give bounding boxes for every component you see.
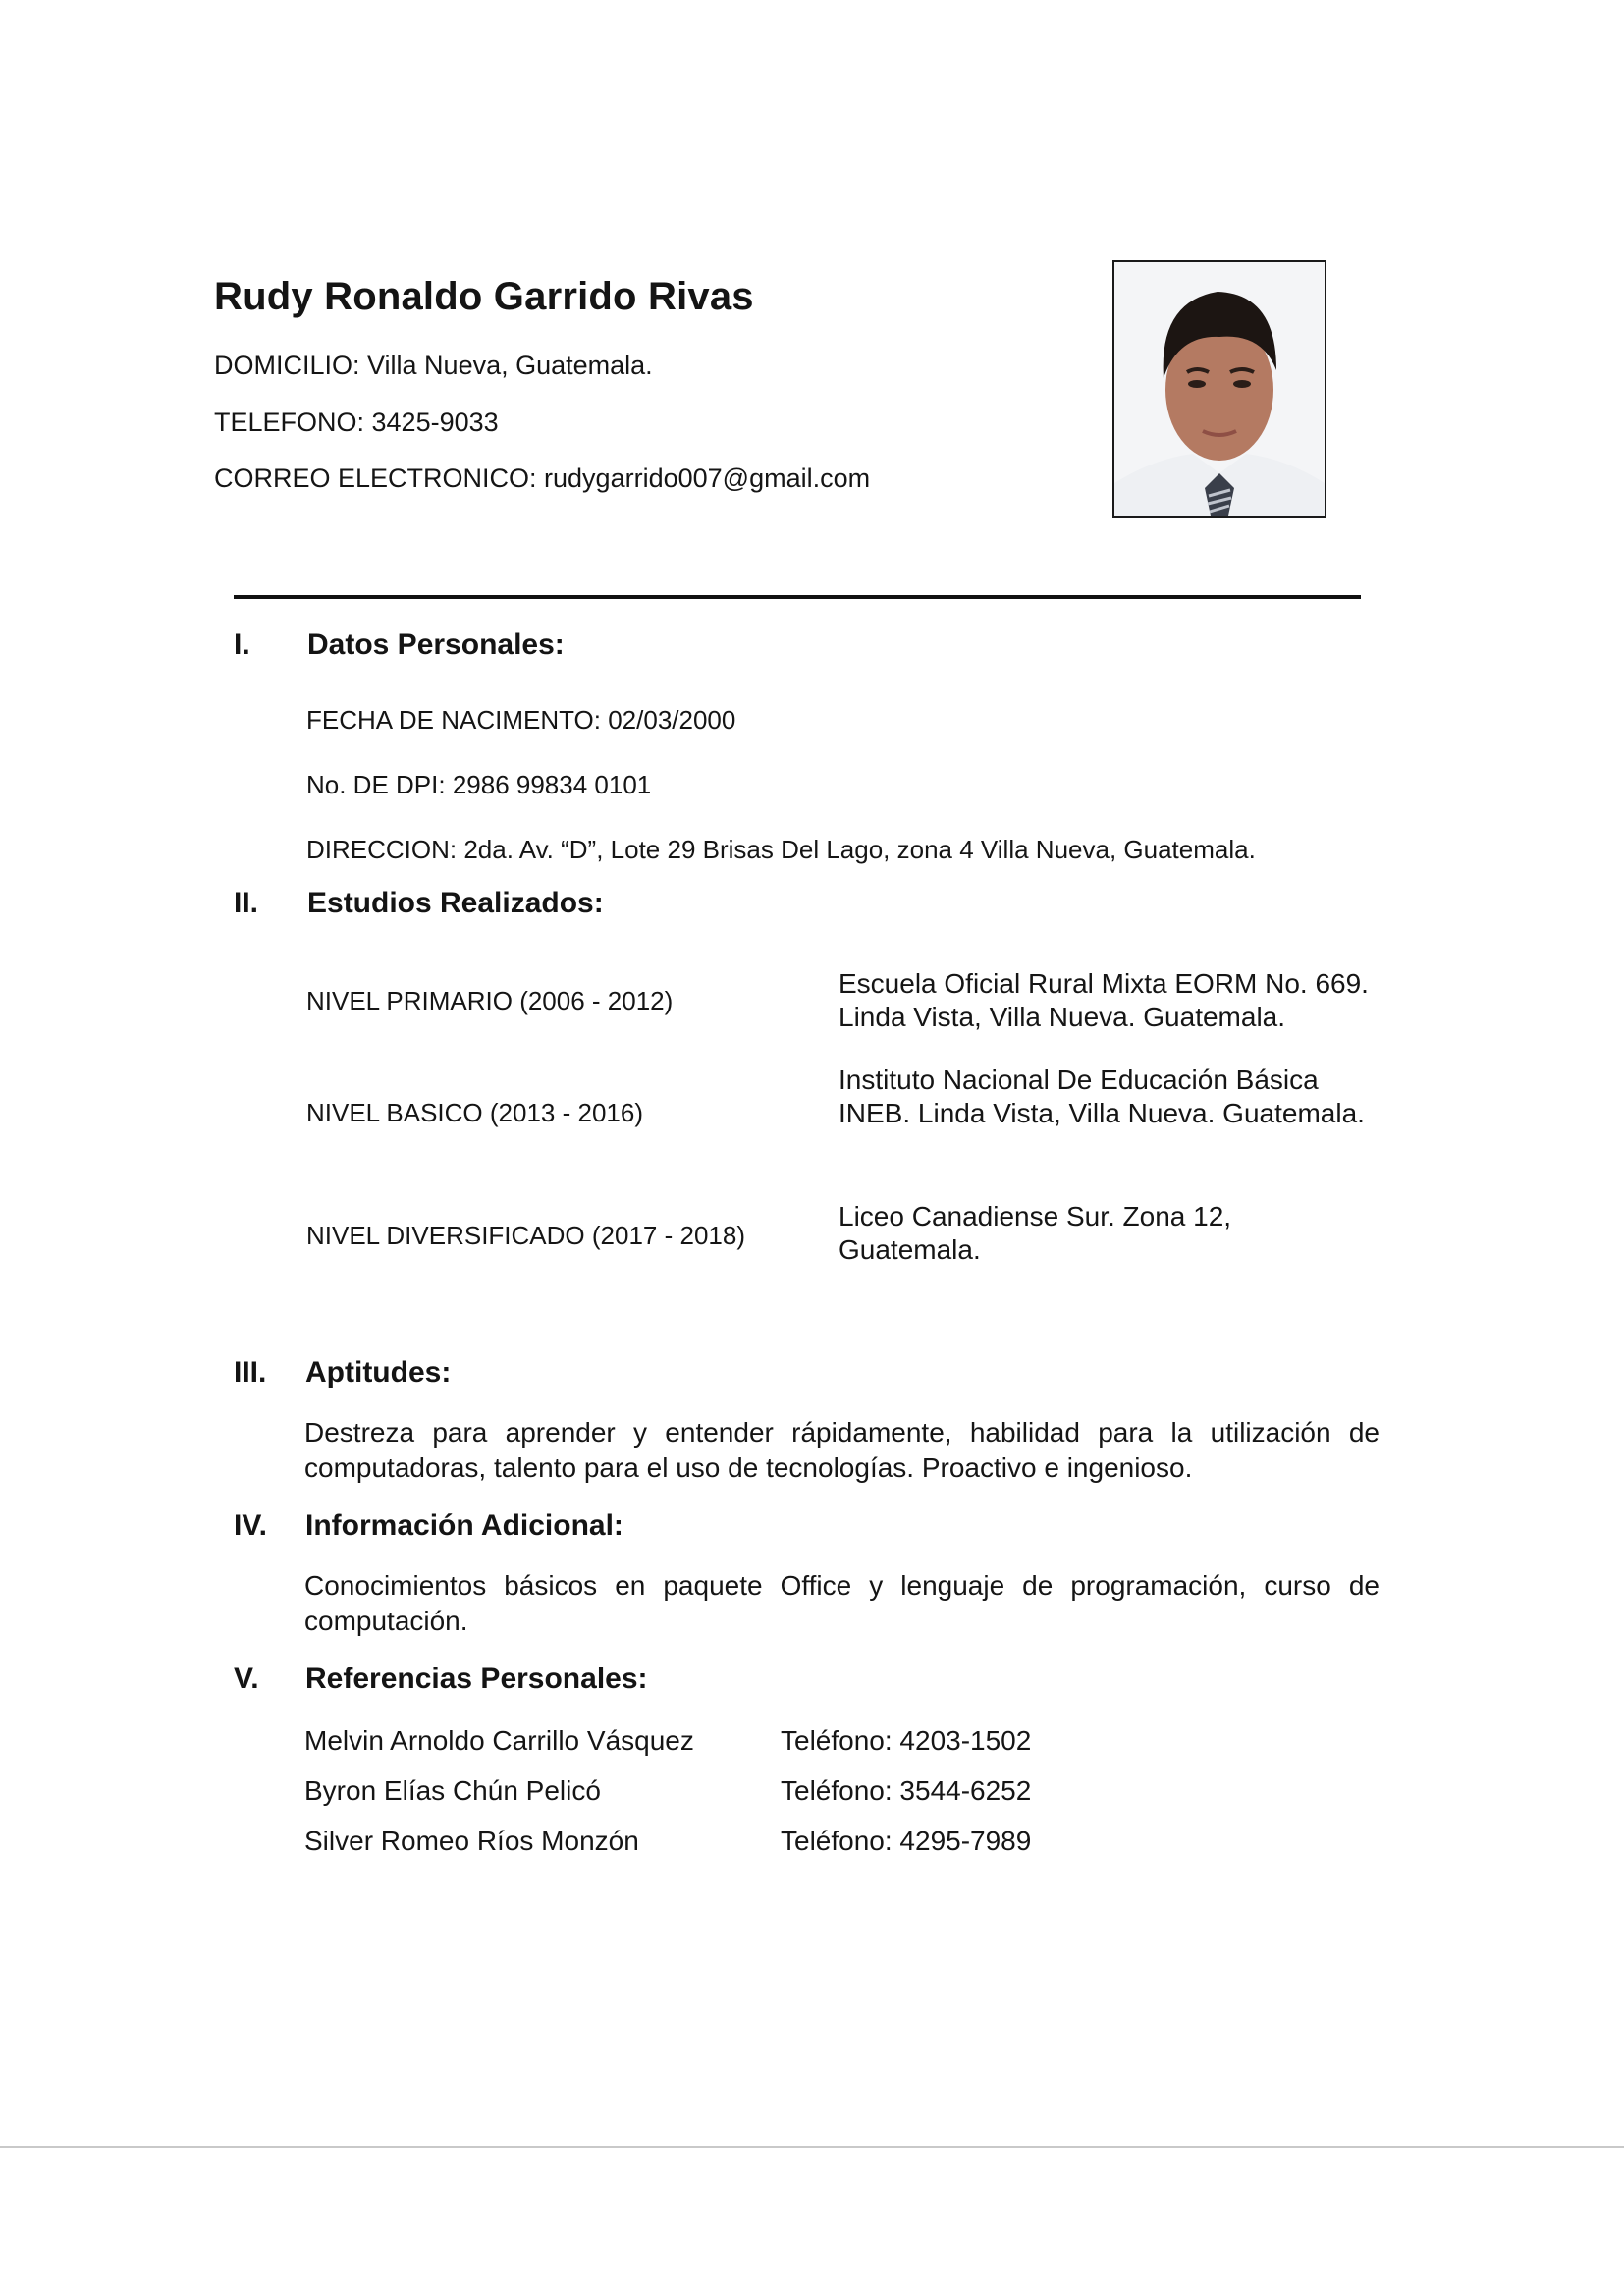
reference-name: Silver Romeo Ríos Monzón (304, 1826, 639, 1857)
header-divider (234, 595, 1361, 599)
aptitudes-text: Destreza para aprender y entender rápida… (304, 1415, 1380, 1486)
education-level: NIVEL PRIMARIO (2006 - 2012) (306, 986, 673, 1016)
address-field: DIRECCION: 2da. Av. “D”, Lote 29 Brisas … (306, 835, 1256, 865)
education-institution: Escuela Oficial Rural Mixta EORM No. 669… (839, 967, 1388, 1034)
section-title-datos-personales: Datos Personales: (307, 629, 565, 662)
email-line: CORREO ELECTRONICO: rudygarrido007@gmail… (214, 464, 870, 494)
scan-edge-line (0, 2146, 1624, 2148)
section-number: V. (234, 1663, 259, 1696)
education-institution: Liceo Canadiense Sur. Zona 12, Guatemala… (839, 1200, 1261, 1267)
section-title-estudios: Estudios Realizados: (307, 887, 604, 920)
section-number: II. (234, 887, 258, 920)
section-title-informacion-adicional: Información Adicional: (305, 1509, 623, 1543)
portrait-photo (1112, 260, 1326, 518)
section-number: III. (234, 1356, 266, 1390)
section-number: I. (234, 629, 250, 662)
reference-phone: Teléfono: 3544-6252 (781, 1776, 1031, 1807)
phone-line: TELEFONO: 3425-9033 (214, 408, 499, 438)
education-institution: Instituto Nacional De Educación Básica I… (839, 1064, 1388, 1130)
address-line: DOMICILIO: Villa Nueva, Guatemala. (214, 351, 653, 381)
reference-name: Byron Elías Chún Pelicó (304, 1776, 601, 1807)
person-portrait-icon (1114, 262, 1325, 516)
section-title-aptitudes: Aptitudes: (305, 1356, 451, 1390)
birth-date-field: FECHA DE NACIMENTO: 02/03/2000 (306, 705, 735, 736)
dpi-field: No. DE DPI: 2986 99834 0101 (306, 770, 651, 800)
education-level: NIVEL DIVERSIFICADO (2017 - 2018) (306, 1221, 745, 1251)
section-number: IV. (234, 1509, 267, 1543)
education-level: NIVEL BASICO (2013 - 2016) (306, 1098, 643, 1128)
section-title-referencias: Referencias Personales: (305, 1663, 648, 1696)
reference-phone: Teléfono: 4203-1502 (781, 1725, 1031, 1757)
additional-info-text: Conocimientos básicos en paquete Office … (304, 1568, 1380, 1639)
candidate-name: Rudy Ronaldo Garrido Rivas (214, 275, 754, 319)
reference-name: Melvin Arnoldo Carrillo Vásquez (304, 1725, 694, 1757)
reference-phone: Teléfono: 4295-7989 (781, 1826, 1031, 1857)
